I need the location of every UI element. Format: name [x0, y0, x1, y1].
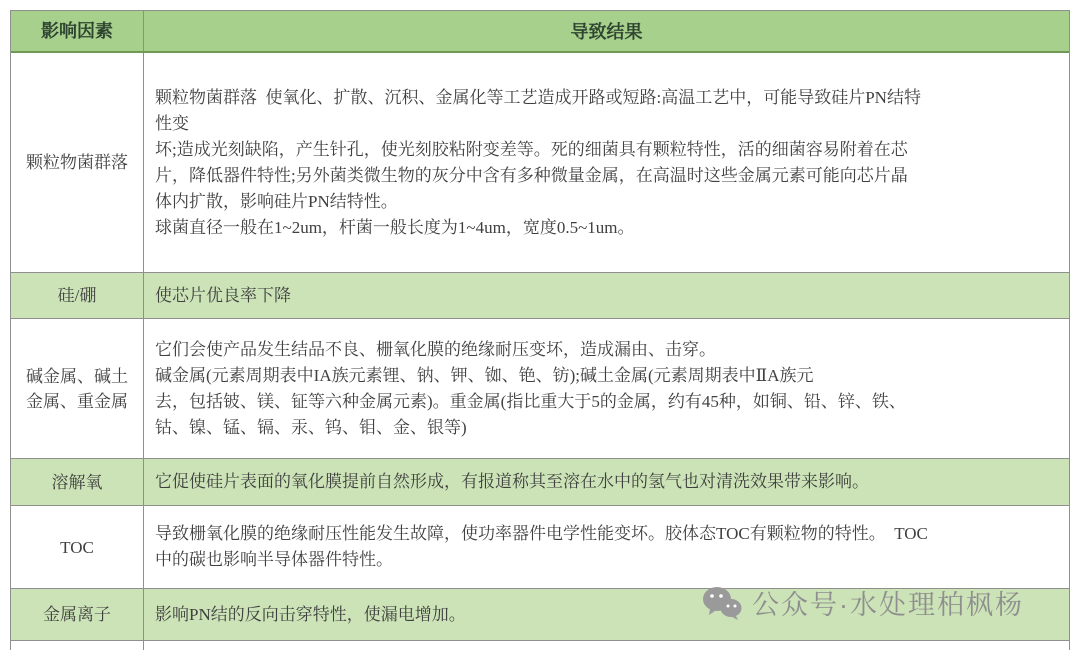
cutoff-result-cell: [144, 641, 1069, 650]
table-row: 硅/硼使芯片优良率下降: [11, 273, 1069, 319]
table-row: 碱金属、碱土金属、重金属它们会使产品发生结品不良、栅氧化膜的绝缘耐压变坏，造成漏…: [11, 319, 1069, 459]
table-body: 颗粒物菌群落颗粒物菌群落 使氧化、扩散、沉积、金属化等工艺造成开路或短路:高温工…: [11, 53, 1069, 641]
cutoff-factor-cell: [11, 641, 144, 650]
header-cell-result: 导致结果: [144, 11, 1069, 51]
table-row: 颗粒物菌群落颗粒物菌群落 使氧化、扩散、沉积、金属化等工艺造成开路或短路:高温工…: [11, 53, 1069, 273]
result-cell: 导致栅氧化膜的绝缘耐压性能发生故障，使功率器件电学性能变坏。胶体态TOC有颗粒物…: [144, 506, 1069, 588]
factor-cell: TOC: [11, 506, 144, 588]
factor-cell: 溶解氧: [11, 459, 144, 505]
result-line: 中的碳也影响半导体器件特性。: [155, 547, 1061, 573]
result-line: 影响PN结的反向击穿特性，使漏电增加。: [155, 602, 1061, 628]
result-cell: 它们会使产品发生结品不良、栅氧化膜的绝缘耐压变坏，造成漏由、击穿。碱金属(元素周…: [144, 319, 1069, 458]
table-header-row: 影响因素 导致结果: [11, 11, 1069, 53]
result-line: 导致栅氧化膜的绝缘耐压性能发生故障，使功率器件电学性能变坏。胶体态TOC有颗粒物…: [155, 521, 1061, 547]
table-row: 金属离子影响PN结的反向击穿特性，使漏电增加。: [11, 589, 1069, 641]
factor-cell: 硅/硼: [11, 273, 144, 318]
result-line: 它促使硅片表面的氧化膜提前自然形成，有报道称其至溶在水中的氢气也对清洗效果带来影…: [155, 469, 1061, 495]
factors-table: 影响因素 导致结果 颗粒物菌群落颗粒物菌群落 使氧化、扩散、沉积、金属化等工艺造…: [10, 10, 1070, 650]
result-cell: 它促使硅片表面的氧化膜提前自然形成，有报道称其至溶在水中的氢气也对清洗效果带来影…: [144, 459, 1069, 505]
result-line: 球菌直径一般在1~2um，杆菌一般长度为1~4um，宽度0.5~1um。: [155, 215, 1061, 241]
result-line: 碱金属(元素周期表中IA族元素锂、钠、钾、铷、铯、钫);碱土金属(元素周期表中Ⅱ…: [155, 363, 1061, 389]
result-line: 坏;造成光刻缺陷，产生针孔，使光刻胶粘附变差等。死的细菌具有颗粒特性，活的细菌容…: [155, 137, 1061, 163]
result-line: 体内扩散，影响硅片PN结特性。: [155, 189, 1061, 215]
result-cell: 影响PN结的反向击穿特性，使漏电增加。: [144, 589, 1069, 640]
result-line: 它们会使产品发生结品不良、栅氧化膜的绝缘耐压变坏，造成漏由、击穿。: [155, 337, 1061, 363]
table-row: TOC导致栅氧化膜的绝缘耐压性能发生故障，使功率器件电学性能变坏。胶体态TOC有…: [11, 506, 1069, 589]
page-canvas: 影响因素 导致结果 颗粒物菌群落颗粒物菌群落 使氧化、扩散、沉积、金属化等工艺造…: [0, 0, 1080, 650]
result-line: 颗粒物菌群落 使氧化、扩散、沉积、金属化等工艺造成开路或短路:高温工艺中，可能导…: [155, 85, 1061, 111]
result-line: 使芯片优良率下降: [155, 283, 1061, 309]
header-cell-factor: 影响因素: [11, 11, 144, 51]
result-line: 性变: [155, 111, 1061, 137]
result-cell: 使芯片优良率下降: [144, 273, 1069, 318]
factor-cell: 金属离子: [11, 589, 144, 640]
result-line: 钴、镍、锰、镉、汞、钨、钼、金、银等): [155, 415, 1061, 441]
table-row: 溶解氧它促使硅片表面的氧化膜提前自然形成，有报道称其至溶在水中的氢气也对清洗效果…: [11, 459, 1069, 506]
result-cell: 颗粒物菌群落 使氧化、扩散、沉积、金属化等工艺造成开路或短路:高温工艺中，可能导…: [144, 53, 1069, 272]
factor-cell: 颗粒物菌群落: [11, 53, 144, 272]
factor-cell: 碱金属、碱土金属、重金属: [11, 319, 144, 458]
result-line: 去，包括铍、镁、钲等六种金属元素)。重金属(指比重大于5的金属，约有45种，如铜…: [155, 389, 1061, 415]
cutoff-row: [11, 641, 1069, 650]
result-line: 片，降低器件特性;另外菌类微生物的灰分中含有多种微量金属，在高温时这些金属元素可…: [155, 163, 1061, 189]
